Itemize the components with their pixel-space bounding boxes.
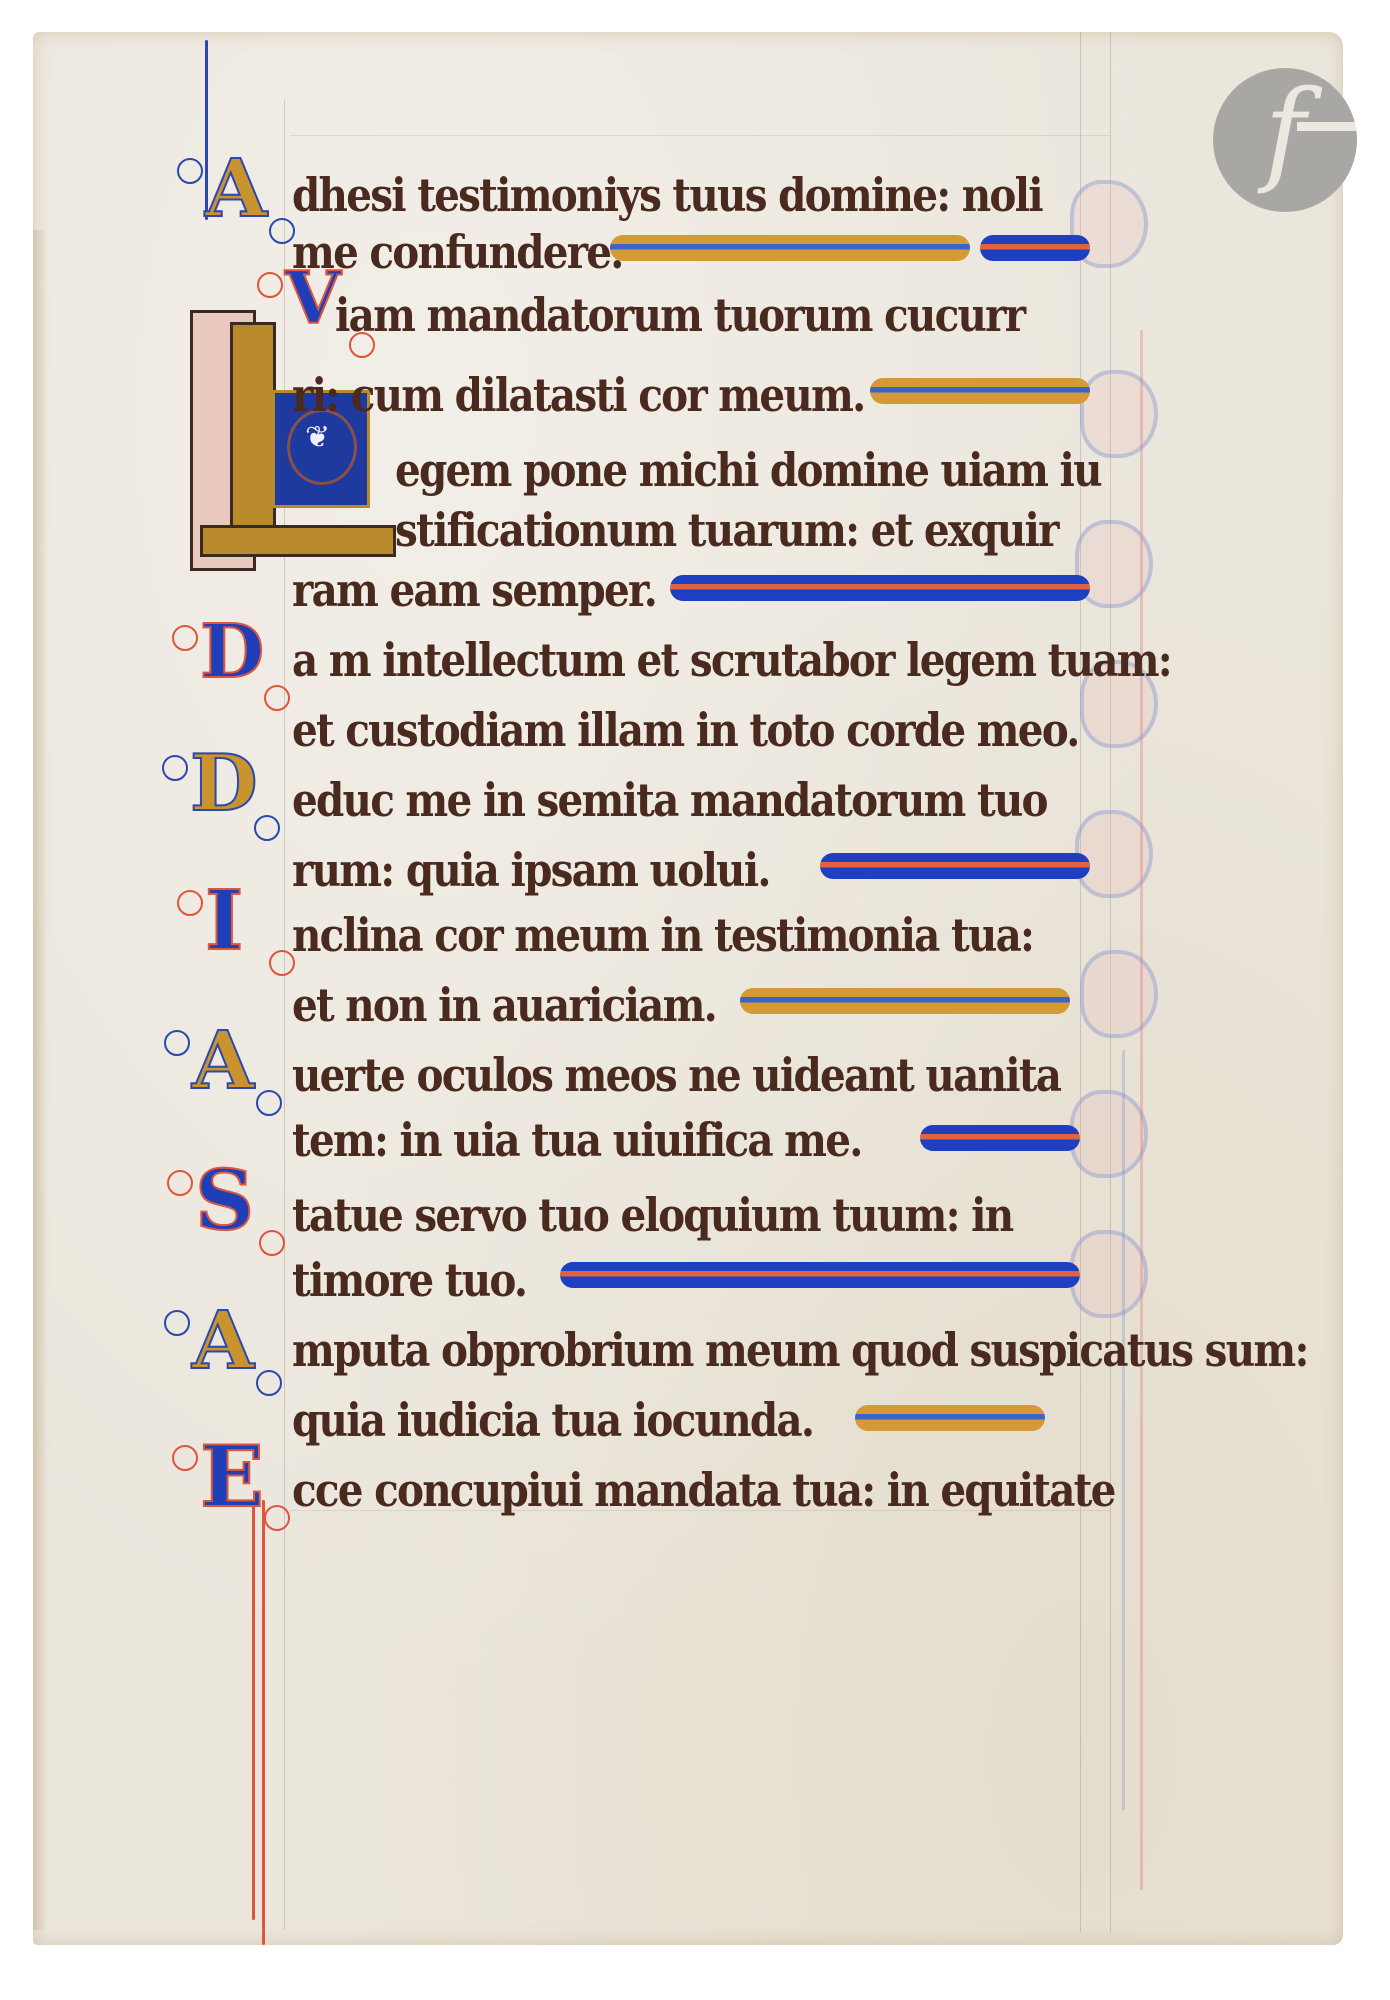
scrollwork-flourish — [256, 1090, 282, 1116]
manuscript-line: quia iudicia tua iocunda. — [292, 1390, 813, 1450]
initial-e: E — [200, 1435, 264, 1519]
initial-a: A — [192, 1300, 254, 1380]
initial-s: S — [195, 1160, 254, 1242]
line-filler-blue — [980, 235, 1090, 261]
scrollwork-flourish — [177, 158, 203, 184]
initial-d: D — [200, 615, 264, 689]
manuscript-line: tatue servo tuo eloquium tuum: in — [292, 1185, 1012, 1245]
manuscript-line: me confundere. — [292, 222, 623, 282]
border-stem-red — [262, 1500, 265, 1945]
manuscript-line: egem pone michi domine uiam iu — [395, 440, 1101, 500]
manuscript-line: iam mandatorum tuorum cucurr — [335, 285, 1024, 345]
initial-i: I — [205, 880, 243, 962]
scrollwork-flourish — [162, 755, 188, 781]
manuscript-line: educ me in semita mandatorum tuo — [292, 770, 1047, 830]
scrollwork-flourish — [264, 1505, 290, 1531]
manuscript-line: timore tuo. — [292, 1250, 526, 1310]
manuscript-line: uerte oculos meos ne uideant uanita — [292, 1045, 1060, 1105]
manuscript-line: nclina cor meum in testimonia tua: — [292, 905, 1033, 965]
line-filler-gold — [870, 378, 1090, 404]
scrollwork-flourish — [172, 1445, 198, 1471]
scrollwork-flourish — [164, 1030, 190, 1056]
line-filler-gold — [740, 988, 1070, 1014]
manuscript-line: cce concupiui mandata tua: in equitate — [292, 1460, 1115, 1520]
manuscript-line: rum: quia ipsam uolui. — [292, 840, 770, 900]
scrollwork-flourish — [257, 272, 283, 298]
line-filler-blue — [820, 853, 1090, 879]
ruling-line-top — [290, 135, 1110, 136]
manuscript-line: tem: in uia tua uiuifica me. — [292, 1110, 862, 1170]
manuscript-line: mputa obprobrium meum quod suspicatus su… — [292, 1320, 1308, 1380]
initial-d: D — [190, 745, 258, 823]
watermark-crossbar — [1297, 122, 1357, 131]
manuscript-line: ri: cum dilatasti cor meum. — [292, 365, 864, 425]
manuscript-line: ram eam semper. — [292, 560, 656, 620]
scrollwork-flourish — [254, 815, 280, 841]
manuscript-line: dhesi testimoniys tuus domine: noli — [292, 165, 1042, 225]
manuscript-line: stificationum tuarum: et exquir — [395, 500, 1058, 560]
scrollwork-flourish — [167, 1170, 193, 1196]
line-filler-gold — [855, 1405, 1045, 1431]
initial-a: A — [205, 148, 267, 228]
manuscript-line: a m intellectum et scrutabor legem tuam: — [292, 630, 1171, 690]
scrollwork-flourish — [264, 685, 290, 711]
watermark-logo: f — [1213, 68, 1357, 212]
scrollwork-flourish — [259, 1230, 285, 1256]
scrollwork-flourish — [177, 890, 203, 916]
verso-bleed-through — [1060, 150, 1200, 1850]
scrollwork-flourish — [256, 1370, 282, 1396]
scrollwork-flourish — [164, 1310, 190, 1336]
line-filler-blue — [670, 575, 1090, 601]
manuscript-line: et custodiam illam in toto corde meo. — [292, 700, 1079, 760]
scrollwork-flourish — [172, 625, 198, 651]
line-filler-blue — [560, 1262, 1080, 1288]
line-filler-blue — [920, 1125, 1080, 1151]
leaf-worn-edge — [33, 230, 47, 1930]
white-foliage-icon: ❦ — [305, 423, 330, 453]
initial-gold-foot — [200, 525, 396, 557]
watermark-glyph: f — [1213, 76, 1357, 188]
initial-gold-stem — [230, 322, 276, 553]
border-stem-red-2 — [252, 1500, 255, 1920]
initial-a: A — [192, 1020, 254, 1100]
manuscript-line: et non in auariciam. — [292, 975, 716, 1035]
line-filler-gold — [610, 235, 970, 261]
